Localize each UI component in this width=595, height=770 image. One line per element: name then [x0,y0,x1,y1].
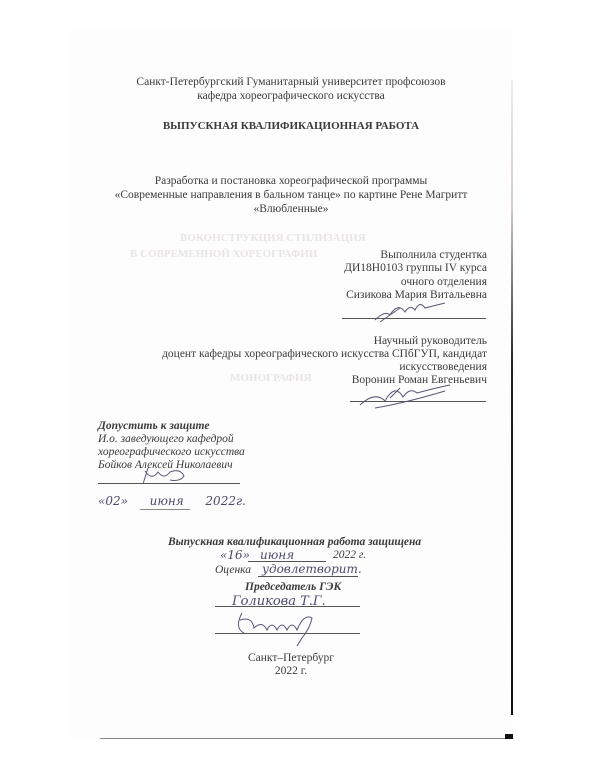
student-department: очного отделения [401,276,487,289]
grade-value: удовлетворит. [262,562,362,576]
admission-date-line [140,509,190,510]
admission-date-day: 02 [105,494,120,508]
admission-date: «02» июня 2022г. [98,494,246,508]
admission-date-month: июня [150,494,184,508]
student-group: ДИ18Н0103 группы IV курса [344,262,487,275]
bleed-through-text: В СОВРЕМЕННОЙ ХОРЕОГРАФИИ [130,248,317,260]
bleed-through-text: ВОКОНСТРУКЦИЯ СТИЛИЗАЦИЯ [180,232,366,244]
topic-line-2: «Современные направления в бальном танце… [70,189,512,202]
topic-line-1: Разработка и постановка хореографической… [70,175,512,188]
scan-edge-bottom [100,738,512,739]
defense-title: Выпускная квалификационная работа защище… [168,536,421,549]
supervisor-position: доцент кафедры хореографического искусст… [162,348,487,361]
admission-position: И.о. заведующего кафедрой [98,433,234,446]
admission-date-year: 2022 [205,494,236,508]
admission-signature [140,466,190,486]
scan-corner [505,734,513,739]
grade-label: Оценка [215,564,251,577]
admission-title: Допустить к защите [98,420,209,433]
defense-date-month: июня [260,548,294,562]
chair-name-line [215,606,360,607]
supervisor-label: Научный руководитель [374,335,487,348]
defense-date-year: 2022 г. [333,549,366,562]
student-signature [370,300,450,325]
supervisor-degree: искусствоведения [399,361,487,374]
year: 2022 г. [70,665,512,678]
bleed-through-text: МОНОГРАФИЯ [230,372,312,384]
city: Санкт–Петербург [70,652,512,665]
university-name: Санкт-Петербургский Гуманитарный универс… [70,76,512,89]
chair-signature [232,608,332,643]
student-label: Выполнила студентка [380,249,487,262]
document-type-title: ВЫПУСКНАЯ КВАЛИФИКАЦИОННАЯ РАБОТА [70,120,512,133]
defense-date-day: «16» [220,548,250,562]
grade-line [258,576,358,577]
topic-line-3: «Влюбленные» [70,203,512,216]
department-name: кафедра хореографического искусства [70,90,512,103]
chair-signature-line [215,633,360,634]
admission-department: хореографического искусства [98,446,245,459]
supervisor-signature [355,383,455,413]
chair-label: Председатель ГЭК [245,581,341,594]
